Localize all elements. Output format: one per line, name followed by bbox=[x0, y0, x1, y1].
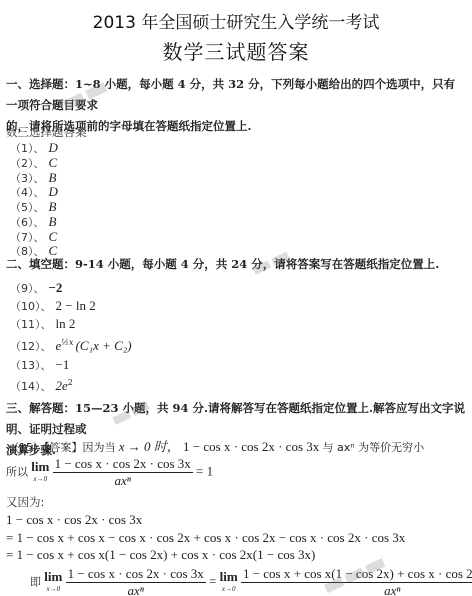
answer-number: （1）、 bbox=[10, 142, 45, 155]
answer-value-base: 2e bbox=[56, 378, 68, 393]
fraction-denominator: axⁿ bbox=[241, 583, 472, 596]
answer-value-rest: (C₁x + C₂) bbox=[76, 338, 132, 353]
derivation-step-1: = 1 − cos x + cos x − cos x · cos 2x + c… bbox=[6, 530, 405, 546]
fill-answer: （12）、e½x(C₁x + C₂) bbox=[10, 338, 132, 354]
fill-answer: （14）、2e2 bbox=[10, 378, 73, 394]
answer-value: ln 2 bbox=[56, 316, 76, 331]
final-fraction-left: 1 − cos x · cos 2x · cos 3xaxⁿ bbox=[66, 566, 206, 596]
answer-number: （12）、 bbox=[10, 340, 52, 353]
section3-intro-line1: 三、解答题：15—23 小题，共 94 分.请将解答写在答题纸指定位置上.解答应… bbox=[6, 398, 466, 440]
answer-value: −2 bbox=[49, 280, 63, 295]
choice-answer: （6）、B bbox=[10, 214, 56, 230]
answer-number: （6）、 bbox=[10, 216, 45, 229]
answer-number: （2）、 bbox=[10, 157, 45, 170]
exam-subtitle: 数学三试题答案 bbox=[0, 36, 472, 65]
answer-value: B bbox=[49, 170, 57, 185]
answer-number: （9）、 bbox=[10, 282, 45, 295]
answer-number: （10）、 bbox=[10, 300, 52, 313]
final-equals: = bbox=[209, 573, 216, 588]
fraction-numerator: 1 − cos x + cos x(1 − cos 2x) + cos x · … bbox=[241, 566, 472, 583]
answer-value: C bbox=[49, 155, 58, 170]
section2-intro: 二、填空题：9-14 小题，每小题 4 分，共 24 分，请将答案写在答题纸指定… bbox=[6, 254, 466, 275]
limit-equals: = 1 bbox=[196, 463, 213, 478]
limit-operator: limx→0 bbox=[31, 461, 49, 485]
answer-number: （13）、 bbox=[10, 359, 52, 372]
lim-subscript: x→0 bbox=[44, 583, 62, 595]
answer-value-exponent: 2 bbox=[68, 378, 73, 387]
final-fraction-right: 1 − cos x + cos x(1 − cos 2x) + cos x · … bbox=[241, 566, 472, 596]
derivation-step-0: 1 − cos x · cos 2x · cos 3x bbox=[6, 512, 142, 528]
fill-answer: （9）、−2 bbox=[10, 280, 62, 296]
section1-intro-line1: 一、选择题：1~8 小题，每小题 4 分，共 32 分，下列每小题给出的四个选项… bbox=[6, 74, 466, 116]
because-label: 又因为: bbox=[6, 494, 44, 510]
answer-value: B bbox=[49, 214, 57, 229]
exam-title: 2013 年全国硕士研究生入学统一考试 bbox=[0, 8, 472, 33]
answer-value-exponent: ½x bbox=[61, 338, 73, 347]
answer-value: D bbox=[49, 140, 58, 155]
answer-value: 2 − ln 2 bbox=[56, 298, 96, 313]
answer-number: （11）、 bbox=[10, 318, 52, 331]
lim-word: lim bbox=[31, 461, 49, 473]
q15-limit-equation: 所以 limx→0 1 − cos x · cos 2x · cos 3xaxⁿ… bbox=[6, 456, 213, 489]
answer-number: （14）、 bbox=[10, 380, 52, 393]
q15-final-equation: 即 limx→0 1 − cos x · cos 2x · cos 3xaxⁿ … bbox=[30, 566, 472, 596]
answer-value: C bbox=[49, 229, 58, 244]
ji-label: 即 bbox=[30, 575, 41, 588]
fraction-denominator: axⁿ bbox=[66, 583, 206, 596]
q15-condition: x → 0 时， bbox=[119, 439, 180, 454]
limit-operator: limx→0 bbox=[220, 571, 238, 595]
lim-word: lim bbox=[44, 571, 62, 583]
so-label: 所以 bbox=[6, 465, 28, 478]
fraction-numerator: 1 − cos x · cos 2x · cos 3x bbox=[53, 456, 193, 473]
choice-answer: （1）、D bbox=[10, 140, 58, 156]
section1-subheading: 数三选择题答案 bbox=[6, 124, 87, 140]
q15-tail: 与 axⁿ 为等价无穷小 bbox=[323, 441, 425, 454]
choice-answer: （2）、C bbox=[10, 155, 57, 171]
q15-statement: （15）【答案】因为当 x → 0 时， 1 − cos x · cos 2x … bbox=[8, 436, 424, 455]
fraction-denominator: axⁿ bbox=[53, 473, 193, 489]
lim-word: lim bbox=[220, 571, 238, 583]
answer-value: D bbox=[49, 184, 58, 199]
choice-answer: （4）、D bbox=[10, 184, 58, 200]
choice-answer: （5）、B bbox=[10, 199, 56, 215]
answer-value: B bbox=[49, 199, 57, 214]
derivation-step-2: = 1 − cos x + cos x(1 − cos 2x) + cos x … bbox=[6, 547, 315, 563]
answer-value: −1 bbox=[56, 357, 70, 372]
exam-answer-page: 2013 年全国硕士研究生入学统一考试 数学三试题答案 一、选择题：1~8 小题… bbox=[0, 0, 472, 596]
lim-subscript: x→0 bbox=[220, 583, 238, 595]
answer-number: （5）、 bbox=[10, 201, 45, 214]
lim-subscript: x→0 bbox=[31, 473, 49, 485]
answer-number: （4）、 bbox=[10, 186, 45, 199]
fill-answer: （13）、−1 bbox=[10, 357, 69, 373]
limit-operator: limx→0 bbox=[44, 571, 62, 595]
fill-answer: （11）、ln 2 bbox=[10, 316, 75, 332]
q15-label: （15）【答案】因为当 bbox=[8, 441, 116, 454]
fraction-numerator: 1 − cos x · cos 2x · cos 3x bbox=[66, 566, 206, 583]
fill-answer: （10）、2 − ln 2 bbox=[10, 298, 96, 314]
q15-expression: 1 − cos x · cos 2x · cos 3x bbox=[183, 439, 319, 454]
limit-fraction: 1 − cos x · cos 2x · cos 3xaxⁿ bbox=[53, 456, 193, 489]
